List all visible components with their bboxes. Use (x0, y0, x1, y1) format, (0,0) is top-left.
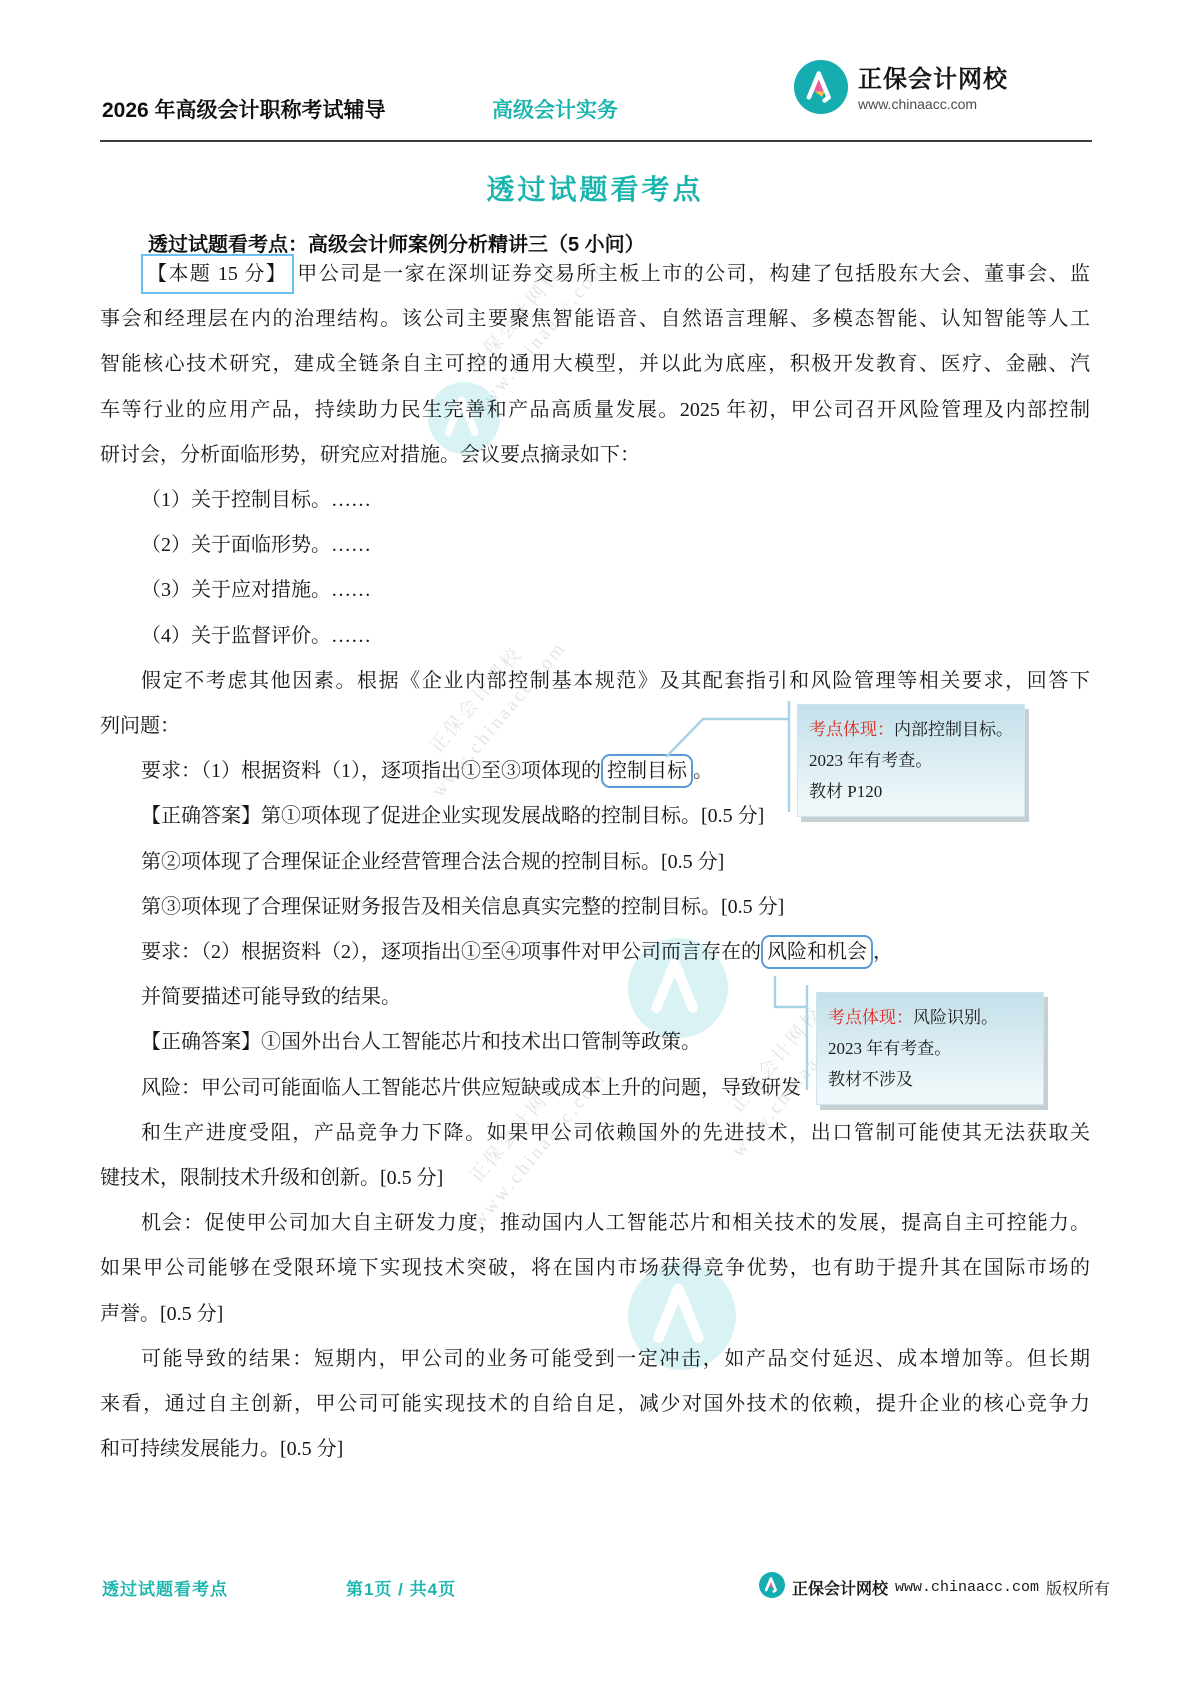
text-segment: 机会：促使甲公司加大自主研发力度，推动国内人工智能芯片和相关技术的发展，提高自主… (141, 1212, 1090, 1234)
footer-doc-title: 透过试题看考点 (102, 1575, 228, 1600)
footer-page-number: 第1页 / 共4页 (346, 1575, 456, 1600)
text-segment: 事会和经理层在内的治理结构。该公司主要聚焦智能语音、自然语言理解、多模态智能、认… (100, 308, 1090, 330)
text-line: 键技术，限制技术升级和创新。[0.5 分] (100, 1156, 1090, 1201)
text-segment: 和生产进度受阻，产品竞争力下降。如果甲公司依赖国外的先进技术，出口管制可能使其无… (141, 1122, 1090, 1144)
subject-title: 高级会计实务 (492, 94, 618, 124)
text-line: （3）关于应对措施。…… (100, 568, 1090, 613)
text-segment: 如果甲公司能够在受限环境下实现技术突破，将在国内市场获得竞争优势，也有助于提升其… (100, 1257, 1090, 1279)
text-segment: 可能导致的结果：短期内，甲公司的业务可能受到一定冲击，如产品交付延迟、成本增加等… (141, 1348, 1090, 1370)
score-box: 【本题 15 分】 (141, 254, 294, 294)
text-line: 来看，通过自主创新，甲公司可能实现技术的自给自足，减少对国外技术的依赖，提升企业… (100, 1382, 1090, 1427)
text-segment: （2）关于面临形势。…… (141, 534, 371, 556)
text-segment: 智能核心技术研究，建成全链条自主可控的通用大模型，并以此为底座，积极开发教育、医… (100, 353, 1090, 375)
text-segment: 要求：（1）根据资料（1），逐项指出①至③项体现的 (141, 760, 601, 782)
text-segment: 列问题： (100, 715, 180, 737)
text-segment: （1）关于控制目标。…… (141, 489, 371, 511)
text-line: 和生产进度受阻，产品竞争力下降。如果甲公司依赖国外的先进技术，出口管制可能使其无… (100, 1111, 1090, 1156)
text-line: （4）关于监督评价。…… (100, 614, 1090, 659)
highlight-box: 风险和机会 (761, 935, 873, 969)
text-segment: 假定不考虑其他因素。根据《企业内部控制基本规范》及其配套指引和风险管理等相关要求… (141, 670, 1090, 692)
text-segment: 和可持续发展能力。[0.5 分] (100, 1438, 343, 1460)
text-segment: 。 (693, 760, 713, 782)
text-segment: 声誉。[0.5 分] (100, 1303, 223, 1325)
text-line: 研讨会，分析面临形势，研究应对措施。会议要点摘录如下： (100, 433, 1090, 478)
page-footer: 透过试题看考点 第1页 / 共4页 正保会计网校 www.chinaacc.co… (100, 1572, 1110, 1602)
callout-text: 内部控制目标。 (894, 720, 1013, 739)
text-line: 智能核心技术研究，建成全链条自主可控的通用大模型，并以此为底座，积极开发教育、医… (100, 342, 1090, 387)
text-line: 第③项体现了合理保证财务报告及相关信息真实完整的控制目标。[0.5 分] (100, 885, 1090, 930)
callout-text: 风险识别。 (913, 1008, 998, 1027)
text-segment: 第③项体现了合理保证财务报告及相关信息真实完整的控制目标。[0.5 分] (141, 896, 784, 918)
highlight-box: 控制目标 (601, 754, 693, 788)
text-segment: 车等行业的应用产品，持续助力民生完善和产品高质量发展。2025 年初，甲公司召开… (100, 399, 1090, 421)
doc-title: 透过试题看考点 (0, 168, 1190, 208)
text-line: 假定不考虑其他因素。根据《企业内部控制基本规范》及其配套指引和风险管理等相关要求… (100, 659, 1090, 704)
footer-brand-logo-icon (759, 1572, 785, 1603)
text-segment: 并简要描述可能导致的结果。 (141, 986, 401, 1008)
text-line: 要求：（2）根据资料（2），逐项指出①至④项事件对甲公司而言存在的风险和机会， (100, 930, 1090, 975)
callout-note-1: 考点体现：内部控制目标。 2023 年有考查。 教材 P120 (797, 704, 1025, 817)
callout-label: 考点体现： (809, 720, 894, 739)
text-segment: 键技术，限制技术升级和创新。[0.5 分] (100, 1167, 443, 1189)
text-segment: （3）关于应对措施。…… (141, 579, 371, 601)
callout-textbook-ref: 教材 P120 (809, 776, 1013, 807)
callout-label: 考点体现： (828, 1008, 913, 1027)
brand-url: www.chinaacc.com (858, 96, 1008, 112)
brand-name: 正保会计网校 (858, 67, 1008, 93)
page-header: 2026 年高级会计职称考试辅导 高级会计实务 正保会计网校 www.china… (100, 58, 1092, 142)
text-segment: 第②项体现了合理保证企业经营管理合法合规的控制目标。[0.5 分] (141, 851, 724, 873)
callout-textbook-ref: 教材不涉及 (828, 1064, 1032, 1095)
brand-logo-icon (794, 60, 848, 119)
text-segment: 风险：甲公司可能面临人工智能芯片供应短缺或成本上升的问题，导致研发 (141, 1077, 801, 1099)
course-title: 2026 年高级会计职称考试辅导 (102, 94, 386, 124)
text-segment: （4）关于监督评价。…… (141, 625, 371, 647)
text-segment: 来看，通过自主创新，甲公司可能实现技术的自给自足，减少对国外技术的依赖，提升企业… (100, 1393, 1090, 1415)
callout-exam-year: 2023 年有考查。 (809, 745, 1013, 776)
text-line: 第②项体现了合理保证企业经营管理合法合规的控制目标。[0.5 分] (100, 840, 1090, 885)
text-line: 可能导致的结果：短期内，甲公司的业务可能受到一定冲击，如产品交付延迟、成本增加等… (100, 1337, 1090, 1382)
text-segment: 要求：（2）根据资料（2），逐项指出①至④项事件对甲公司而言存在的 (141, 941, 761, 963)
text-line: 声誉。[0.5 分] (100, 1292, 1090, 1337)
callout-note-2: 考点体现：风险识别。 2023 年有考查。 教材不涉及 (816, 992, 1044, 1105)
document-page: 正保会计网校www.chinaacc.com 正保会计网校www.chinaac… (0, 0, 1190, 1683)
text-line: （1）关于控制目标。…… (100, 478, 1090, 523)
footer-brand-block: 正保会计网校 www.chinaacc.com 版权所有 (759, 1572, 1110, 1603)
text-segment: 【正确答案】第①项体现了促进企业实现发展战略的控制目标。[0.5 分] (141, 805, 764, 827)
text-line: 事会和经理层在内的治理结构。该公司主要聚焦智能语音、自然语言理解、多模态智能、认… (100, 297, 1090, 342)
text-line: 车等行业的应用产品，持续助力民生完善和产品高质量发展。2025 年初，甲公司召开… (100, 388, 1090, 433)
callout-exam-year: 2023 年有考查。 (828, 1033, 1032, 1064)
text-line: 机会：促使甲公司加大自主研发力度，推动国内人工智能芯片和相关技术的发展，提高自主… (100, 1201, 1090, 1246)
text-segment: 研讨会，分析面临形势，研究应对措施。会议要点摘录如下： (100, 444, 640, 466)
text-line: 和可持续发展能力。[0.5 分] (100, 1427, 1090, 1472)
brand-block: 正保会计网校 www.chinaacc.com (794, 60, 1008, 119)
footer-copyright: 版权所有 (1046, 1576, 1110, 1599)
text-line: 【本题 15 分】甲公司是一家在深圳证券交易所主板上市的公司，构建了包括股东大会… (100, 252, 1090, 297)
footer-brand-url: www.chinaacc.com (895, 1579, 1039, 1596)
body-lines: 【本题 15 分】甲公司是一家在深圳证券交易所主板上市的公司，构建了包括股东大会… (100, 252, 1090, 1472)
text-segment: 【正确答案】①国外出台人工智能芯片和技术出口管制等政策。 (141, 1031, 701, 1053)
brand-text: 正保会计网校 www.chinaacc.com (858, 67, 1008, 112)
text-line: （2）关于面临形势。…… (100, 523, 1090, 568)
text-segment: 甲公司是一家在深圳证券交易所主板上市的公司，构建了包括股东大会、董事会、监 (297, 263, 1090, 285)
footer-brand-name: 正保会计网校 (792, 1576, 888, 1599)
text-segment: ， (873, 941, 893, 963)
text-line: 如果甲公司能够在受限环境下实现技术突破，将在国内市场获得竞争优势，也有助于提升其… (100, 1246, 1090, 1291)
